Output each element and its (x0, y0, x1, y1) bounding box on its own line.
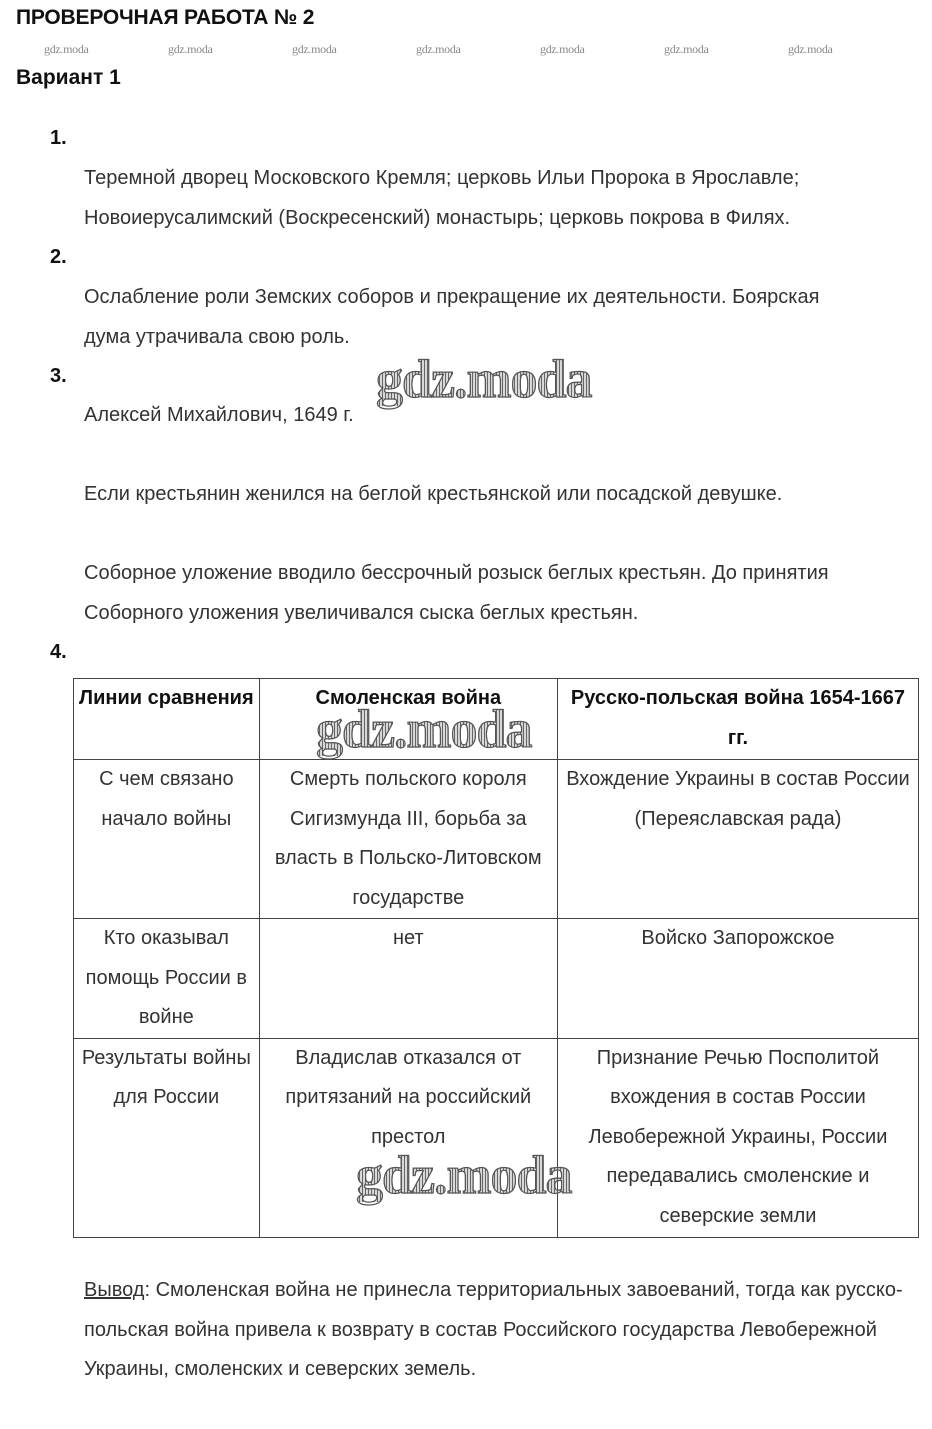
table-header: Русско-польская война 1654-1667 гг. (557, 679, 918, 760)
table-cell: нет (259, 919, 557, 1039)
watermark-small: gdz.moda (664, 42, 709, 57)
watermark-small: gdz.moda (168, 42, 213, 57)
answer-1: Теремной дворец Московского Кремля; церк… (84, 159, 924, 238)
table-cell: Смерть польского короля Сигизмунда III, … (259, 760, 557, 919)
conclusion-text: : Смоленская война не принесла территори… (84, 1279, 903, 1380)
question-number-1: 1. (50, 127, 67, 150)
question-number-2: 2. (50, 246, 67, 269)
table-header-row: Линии сравнения Смоленская война Русско-… (74, 679, 919, 760)
conclusion: Вывод: Смоленская война не принесла терр… (84, 1271, 914, 1390)
table-cell: Вхождение Украины в состав России (Перея… (557, 760, 918, 919)
watermark-small: gdz.moda (416, 42, 461, 57)
table-row: Результаты войны для России Владислав от… (74, 1038, 919, 1237)
conclusion-label: Вывод (84, 1279, 144, 1301)
table-header: Линии сравнения (74, 679, 260, 760)
table-cell: Владислав отказался от притязаний на рос… (259, 1038, 557, 1237)
watermark-small: gdz.moda (292, 42, 337, 57)
watermark-small: gdz.moda (788, 42, 833, 57)
table-cell: Кто оказывал помощь России в войне (74, 919, 260, 1039)
table-row: С чем связано начало войны Смерть польск… (74, 760, 919, 919)
watermark-small: gdz.moda (44, 42, 89, 57)
table-cell: Признание Речью Посполитой вхождения в с… (557, 1038, 918, 1237)
answer-2: Ослабление роли Земских соборов и прекра… (84, 278, 844, 357)
table-cell: С чем связано начало войны (74, 760, 260, 919)
question-number-3: 3. (50, 365, 67, 388)
answer-3-condition: Если крестьянин женился на беглой кресть… (84, 475, 924, 515)
table-cell: Войско Запорожское (557, 919, 918, 1039)
watermark-row: gdz.moda gdz.moda gdz.moda gdz.moda gdz.… (0, 42, 932, 58)
variant-heading: Вариант 1 (16, 66, 121, 90)
question-number-4: 4. (50, 641, 67, 664)
page-title: ПРОВЕРОЧНАЯ РАБОТА № 2 (16, 6, 314, 30)
table-header: Смоленская война (259, 679, 557, 760)
table-cell: Результаты войны для России (74, 1038, 260, 1237)
comparison-table: Линии сравнения Смоленская война Русско-… (73, 678, 919, 1238)
answer-3-difference: Соборное уложение вводило бессрочный роз… (84, 554, 854, 633)
answer-3-author: Алексей Михайлович, 1649 г. (84, 396, 924, 436)
watermark-small: gdz.moda (540, 42, 585, 57)
table-row: Кто оказывал помощь России в войне нет В… (74, 919, 919, 1039)
